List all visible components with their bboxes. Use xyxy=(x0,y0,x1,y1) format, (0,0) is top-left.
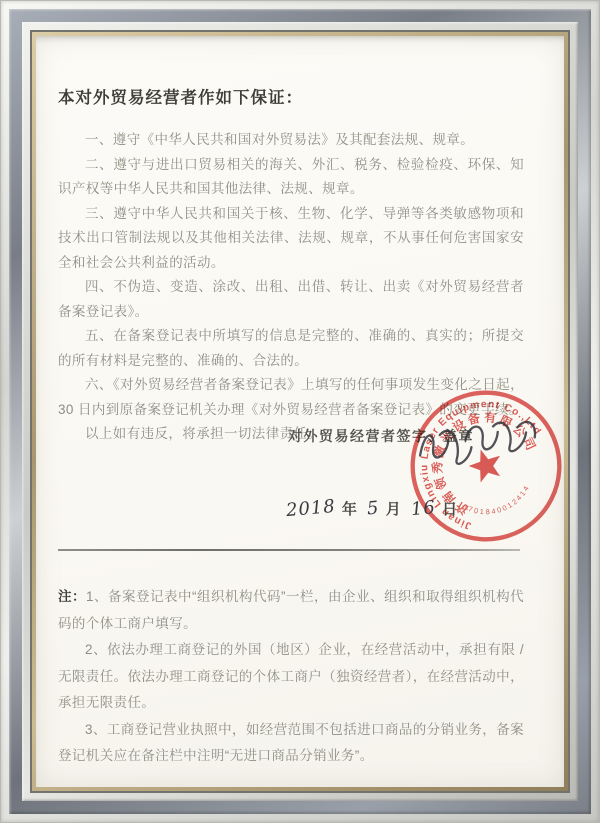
date-day-value: 16 xyxy=(410,497,437,520)
document-heading: 本对外贸易经营者作如下保证： xyxy=(58,84,524,108)
stamp-number-text: 3701840012414 xyxy=(459,481,536,525)
frame-inner-band: 本对外贸易经营者作如下保证： 一、遵守《中华人民共和国对外贸易法》及其配套法规、… xyxy=(22,22,578,801)
clause-5: 五、在备案登记表中所填写的信息是完整的、准确的、真实的；所提交的所有材料是完整的… xyxy=(58,324,524,373)
frame-outer-band: 本对外贸易经营者作如下保证： 一、遵守《中华人民共和国对外贸易法》及其配套法规、… xyxy=(0,0,600,823)
document-paper: 本对外贸易经营者作如下保证： 一、遵守《中华人民共和国对外贸易法》及其配套法规、… xyxy=(36,36,564,787)
notes-section: 注：1、备案登记表中“组织机构代码”一栏，由企业、组织和取得组织机构代码的个体工… xyxy=(58,584,524,770)
frame-dark-line: 本对外贸易经营者作如下保证： 一、遵守《中华人民共和国对外贸易法》及其配套法规、… xyxy=(30,30,570,793)
date-day-unit: 日 xyxy=(442,501,457,518)
notes-label: 注： xyxy=(58,589,86,604)
date-year-value: 2018 xyxy=(285,496,336,521)
date-year-unit: 年 xyxy=(342,501,357,518)
frame-middle-band: 本对外贸易经营者作如下保证： 一、遵守《中华人民共和国对外贸易法》及其配套法规、… xyxy=(9,9,591,814)
framed-document-photo: 本对外贸易经营者作如下保证： 一、遵守《中华人民共和国对外贸易法》及其配套法规、… xyxy=(0,0,600,823)
clause-3: 三、遵守中华人民共和国关于核、生物、化学、导弹等各类敏感物项和技术出口管制法规以… xyxy=(58,202,524,276)
clause-1: 一、遵守《中华人民共和国对外贸易法》及其配套法规、规章。 xyxy=(58,128,524,153)
date-month-value: 5 xyxy=(366,497,380,519)
note-3: 3、工商登记营业执照中，如经营范围不包括进口商品的分销业务，备案登记机关应在备注… xyxy=(58,717,524,770)
note-2: 2、依法办理工商登记的外国（地区）企业，在经营活动中，承担有限 / 无限责任。依… xyxy=(58,637,524,717)
note-1-text: 1、备案登记表中“组织机构代码”一栏，由企业、组织和取得组织机构代码的个体工商户… xyxy=(58,589,524,631)
clause-2: 二、遵守与进出口贸易相关的海关、外汇、税务、检验检疫、环保、知识产权等中华人民共… xyxy=(58,153,524,202)
date-row: 2018年 5月 16日 xyxy=(286,498,463,519)
note-1: 注：1、备案登记表中“组织机构代码”一栏，由企业、组织和取得组织机构代码的个体工… xyxy=(58,584,524,637)
frame-gold-lip: 本对外贸易经营者作如下保证： 一、遵守《中华人民共和国对外贸易法》及其配套法规、… xyxy=(32,32,568,791)
date-month-unit: 月 xyxy=(386,501,401,518)
clause-4: 四、不伪造、变造、涂改、出租、出借、转让、出卖《对外贸易经营者备案登记表》。 xyxy=(58,275,524,324)
section-divider xyxy=(58,549,520,551)
